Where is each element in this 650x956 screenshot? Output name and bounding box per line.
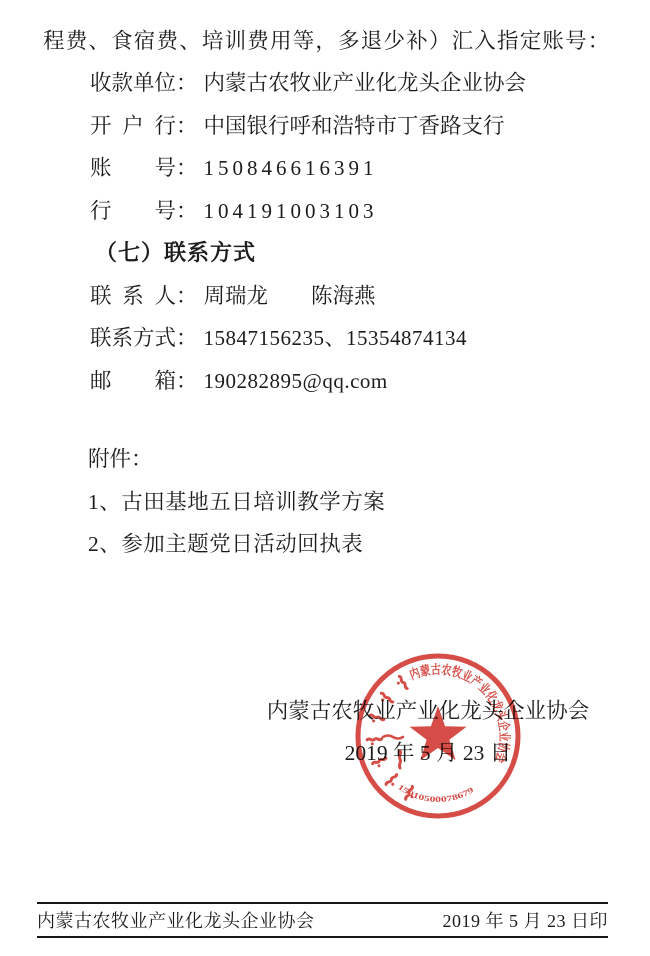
bank-number-label: 行号 [90,190,176,233]
bank-row: 开户行：中国银行呼和浩特市丁香路支行 [90,105,610,148]
colon: ： [176,284,198,308]
attachment-item-1: 1、古田基地五日培训教学方案 [88,481,610,524]
contact-email-row: 邮箱：190282895@qq.com [90,360,610,403]
bank-number-row: 行号：104191003103 [90,190,610,233]
colon: ： [176,71,198,95]
contact-phone-value: 15847156235、15354874134 [204,326,468,350]
account-number-row: 账号：150846616391 [90,147,610,190]
bank-value: 中国银行呼和浩特市丁香路支行 [204,114,505,138]
footer-print-date: 2019 年 5 月 23 日印 [443,907,609,933]
attachment-item-2: 2、参加主题党日活动回执表 [88,523,610,566]
colon: ： [176,326,198,350]
account-number-label: 账号 [90,147,176,190]
signature-block: 内蒙古农牧业产业化龙头企业协会 2019 年 5 月 23 日 [243,690,613,774]
colon: ： [176,199,198,223]
intro-line: 程费、食宿费、培训费用等，多退少补）汇入指定账号： [43,20,610,62]
signature-date: 2019 年 5 月 23 日 [243,732,613,774]
document-body: 程费、食宿费、培训费用等，多退少补）汇入指定账号： 收款单位：内蒙古农牧业产业化… [0,0,650,956]
account-info-block: 收款单位：内蒙古农牧业产业化龙头企业协会 开户行：中国银行呼和浩特市丁香路支行 … [43,62,610,232]
payee-label: 收款单位 [90,62,176,105]
colon: ： [176,114,198,138]
contact-person-row: 联系人：周瑞龙 陈海燕 [90,275,610,318]
contact-person-value: 周瑞龙 陈海燕 [204,284,376,308]
payee-row: 收款单位：内蒙古农牧业产业化龙头企业协会 [90,62,610,105]
document-page: 程费、食宿费、培训费用等，多退少补）汇入指定账号： 收款单位：内蒙古农牧业产业化… [0,0,650,956]
contact-phone-row: 联系方式：15847156235、15354874134 [90,317,610,360]
bank-label: 开户行 [90,105,176,148]
contact-email-value: 190282895@qq.com [204,369,388,393]
payee-value: 内蒙古农牧业产业化龙头企业协会 [204,71,527,95]
colon: ： [176,369,198,393]
attachments-heading: 附件： [88,438,610,481]
contact-email-label: 邮箱 [90,360,176,403]
colon: ： [176,156,198,180]
contact-person-label: 联系人 [90,275,176,318]
contact-info-block: 联系人：周瑞龙 陈海燕 联系方式：15847156235、15354874134… [43,275,610,403]
contact-phone-label: 联系方式 [90,317,176,360]
bank-number-value: 104191003103 [204,199,378,223]
section-heading-contact: （七）联系方式 [95,232,610,275]
signature-org: 内蒙古农牧业产业化龙头企业协会 [243,690,613,732]
footer-org: 内蒙古农牧业产业化龙头企业协会 [37,907,315,933]
page-footer: 内蒙古农牧业产业化龙头企业协会 2019 年 5 月 23 日印 [37,902,608,938]
account-number-value: 150846616391 [204,156,378,180]
